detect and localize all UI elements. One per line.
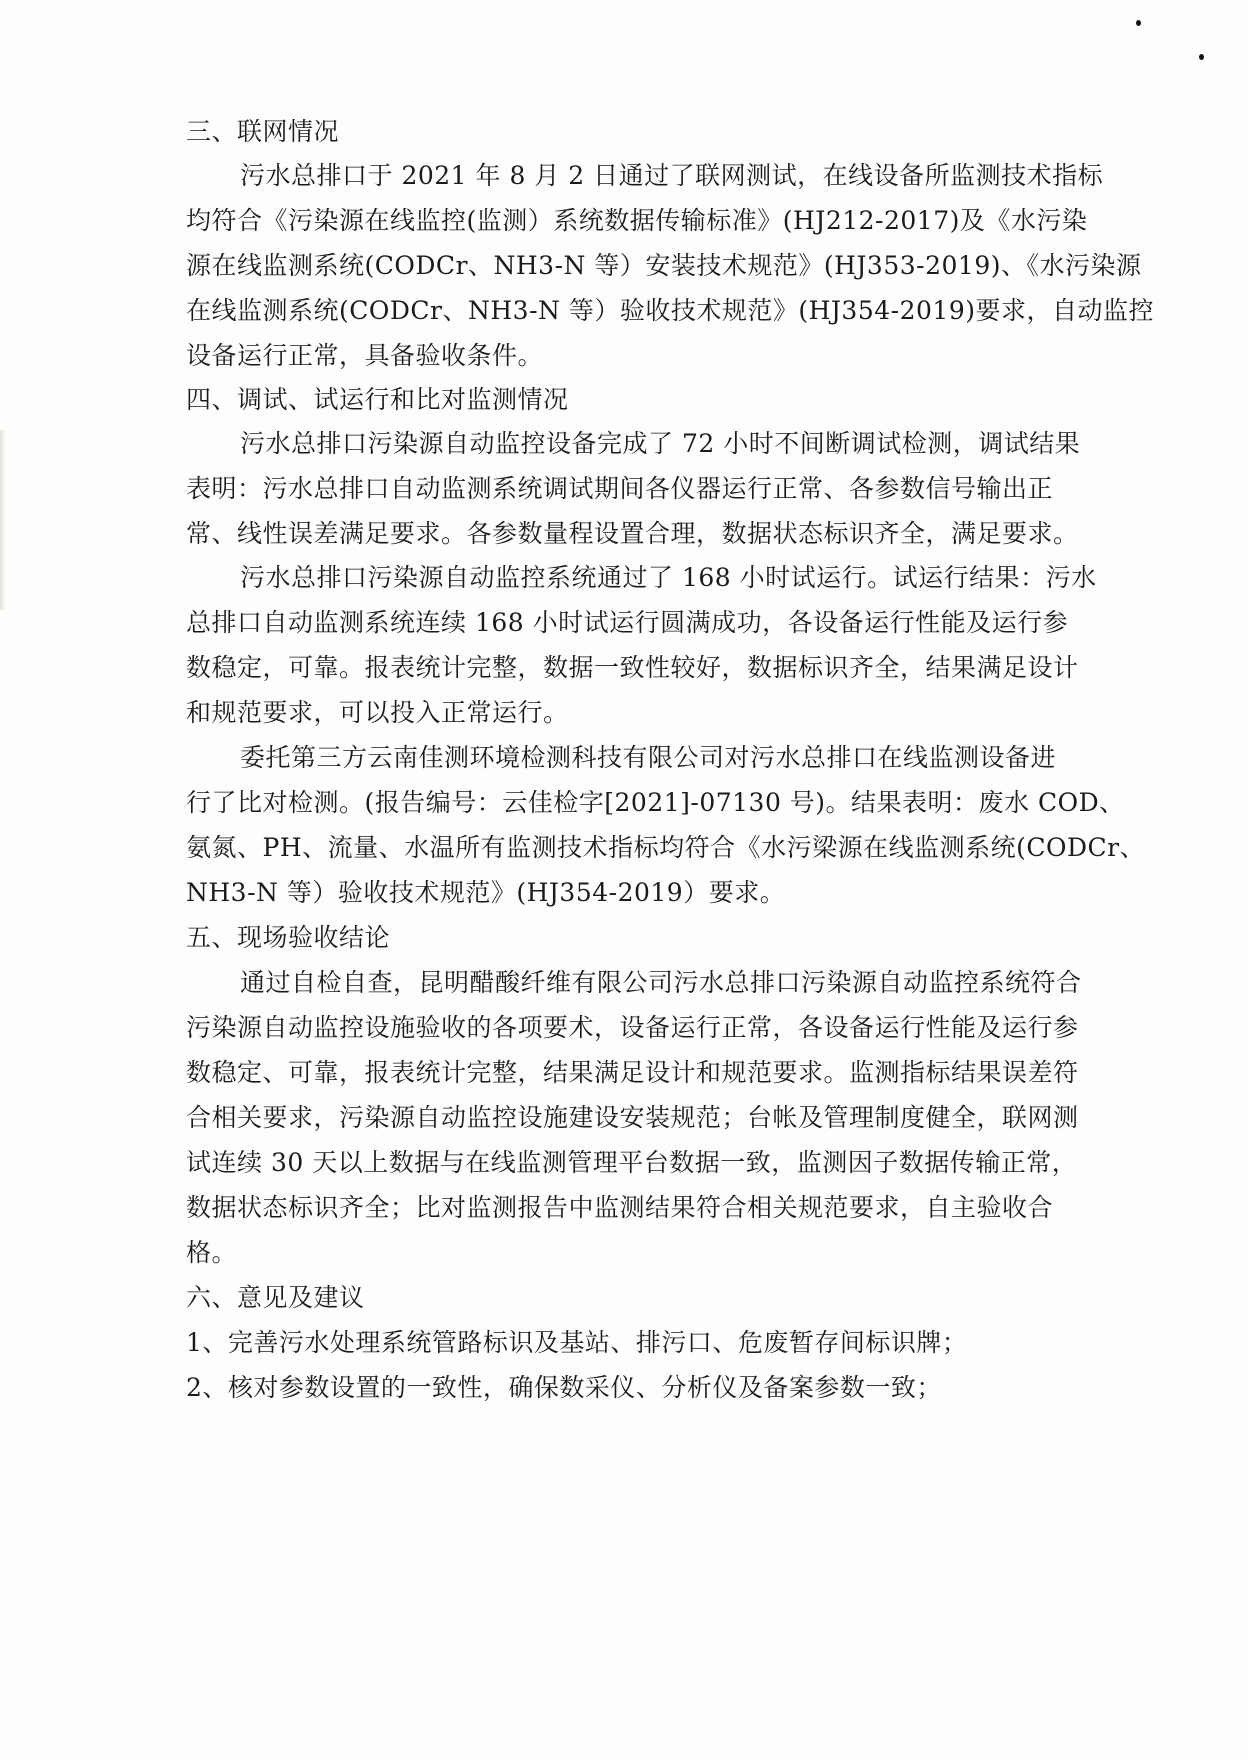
section-heading-commissioning: 四、调试、试运行和比对监测情况 bbox=[186, 384, 569, 416]
suggestion-item: 1、完善污水处理系统管路标识及基站、排污口、危废暂存间标识牌； bbox=[186, 1327, 967, 1359]
paragraph-line: 均符合《污染源在线监控(监测）系统数据传输标准》(HJ212-2017)及《水污… bbox=[186, 205, 1087, 237]
paragraph-line: 合相关要求，污染源自动监控设施建设安装规范；台帐及管理制度健全，联网测 bbox=[186, 1102, 1079, 1134]
paragraph-line: 数据状态标识齐全；比对监测报告中监测结果符合相关规范要求，自主验收合 bbox=[186, 1192, 1053, 1224]
scan-edge-shadow bbox=[0, 430, 6, 610]
paragraph-line: 总排口自动监测系统连续 168 小时试运行圆满成功，各设备运行性能及运行参 bbox=[186, 607, 1068, 639]
paragraph-line: 污水总排口于 2021 年 8 月 2 日通过了联网测试，在线设备所监测技术指标 bbox=[240, 160, 1103, 192]
document-page: 三、联网情况 污水总排口于 2021 年 8 月 2 日通过了联网测试，在线设备… bbox=[0, 0, 1248, 1760]
section-heading-suggestions: 六、意见及建议 bbox=[186, 1282, 365, 1314]
paragraph-line: 数稳定，可靠。报表统计完整，数据一致性较好，数据标识齐全，结果满足设计 bbox=[186, 652, 1079, 684]
paragraph-line: 格。 bbox=[186, 1237, 237, 1269]
suggestion-item: 2、核对参数设置的一致性，确保数采仪、分析仪及备案参数一致； bbox=[186, 1372, 942, 1404]
paragraph-line: 污水总排口污染源自动监控系统通过了 168 小时试运行。试运行结果：污水 bbox=[240, 562, 1097, 594]
scan-speck bbox=[1199, 54, 1204, 60]
paragraph-line: 源在线监测系统(CODCr、NH3-N 等）安装技术规范》(HJ353-2019… bbox=[186, 250, 1141, 282]
paragraph-line: 设备运行正常，具备验收条件。 bbox=[186, 340, 543, 372]
paragraph-line: 数稳定、可靠，报表统计完整，结果满足设计和规范要求。监测指标结果误差符 bbox=[186, 1057, 1079, 1089]
scan-speck bbox=[1136, 20, 1141, 26]
paragraph-line: 行了比对检测。(报告编号：云佳检字[2021]-07130 号)。结果表明：废水… bbox=[186, 787, 1125, 819]
paragraph-line: 委托第三方云南佳测环境检测科技有限公司对污水总排口在线监测设备进 bbox=[240, 742, 1056, 774]
paragraph-line: 氨氮、PH、流量、水温所有监测技术指标均符合《水污梁源在线监测系统(CODCr、 bbox=[186, 832, 1145, 864]
paragraph-line: 污水总排口污染源自动监控设备完成了 72 小时不间断调试检测，调试结果 bbox=[240, 428, 1080, 460]
paragraph-line: 污染源自动监控设施验收的各项要术，设备运行正常，各设备运行性能及运行参 bbox=[186, 1012, 1079, 1044]
paragraph-line: 和规范要求，可以投入正常运行。 bbox=[186, 697, 569, 729]
paragraph-line: NH3-N 等）验收技术规范》(HJ354-2019）要求。 bbox=[186, 877, 785, 909]
section-heading-network: 三、联网情况 bbox=[186, 116, 339, 148]
section-heading-conclusion: 五、现场验收结论 bbox=[186, 922, 390, 954]
paragraph-line: 表明：污水总排口自动监测系统调试期间各仪器运行正常、各参数信号输出正 bbox=[186, 473, 1053, 505]
paragraph-line: 常、线性误差满足要求。各参数量程设置合理，数据状态标识齐全，满足要求。 bbox=[186, 518, 1079, 550]
paragraph-line: 通过自检自查，昆明醋酸纤维有限公司污水总排口污染源自动监控系统符合 bbox=[240, 967, 1082, 999]
paragraph-line: 在线监测系统(CODCr、NH3-N 等）验收技术规范》(HJ354-2019)… bbox=[186, 295, 1154, 327]
paragraph-line: 试连续 30 天以上数据与在线监测管理平台数据一致，监测因子数据传输正常， bbox=[186, 1147, 1077, 1179]
